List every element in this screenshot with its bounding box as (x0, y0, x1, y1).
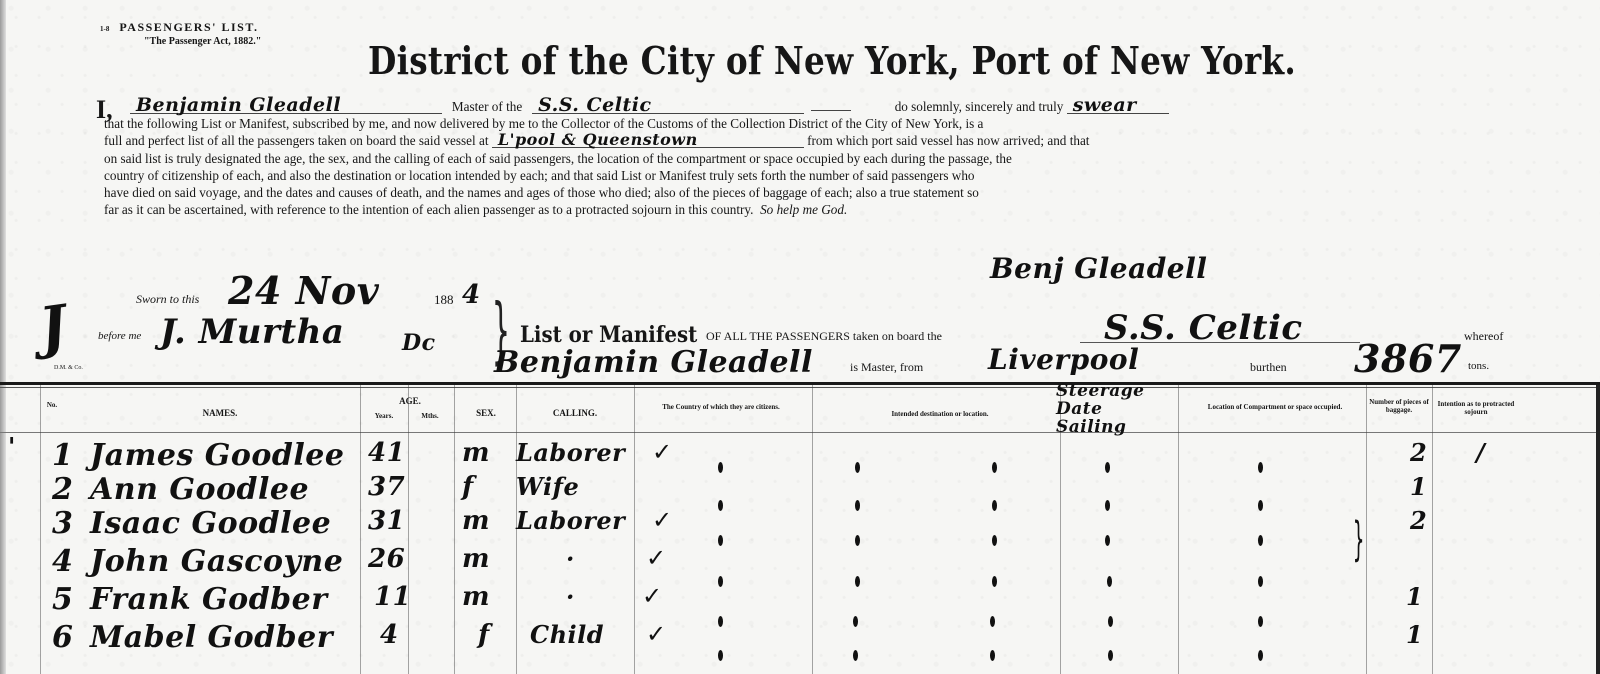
ditto-dot (855, 462, 860, 473)
passenger-age: 11 (374, 582, 411, 612)
ditto-dot (1108, 650, 1113, 661)
form-heading: 1-8PASSENGERS' LIST. (100, 20, 258, 35)
form-number: 1-8 (100, 25, 109, 33)
passenger-name: John Gascoyne (90, 544, 343, 579)
ditto-dot (1258, 500, 1263, 511)
header-compartment: Location of Compartment or space occupie… (1190, 403, 1360, 411)
header-age-months: Mths. (408, 412, 452, 420)
ditto-dot (853, 650, 858, 661)
oath-text: Benjamin Gleadell Master of the S.S. Cel… (104, 98, 1504, 218)
passenger-sex: m (462, 544, 490, 574)
passenger-age: 37 (368, 472, 405, 502)
header-names: NAMES. (160, 408, 280, 418)
check-mark: ✓ (646, 620, 667, 648)
passenger-name: Mabel Godber (90, 620, 333, 655)
passenger-name: Frank Godber (90, 582, 328, 617)
row-number: 1 (52, 438, 73, 473)
ditto-dot (990, 650, 995, 661)
baggage-count: 2 (1410, 506, 1427, 535)
passenger-sex: f (478, 620, 490, 650)
passenger-name: James Goodlee (90, 438, 344, 473)
header-calling: CALLING. (520, 408, 630, 418)
ditto-dot (1258, 535, 1263, 546)
ditto-dot (1258, 462, 1263, 473)
row-number: 5 (52, 582, 73, 617)
oath-line5: country of citizenship of each, and also… (104, 167, 1504, 184)
ditto-dot (992, 500, 997, 511)
table-row: 2 Ann Goodlee 37 f Wife 1 (0, 472, 1600, 510)
ditto-dot (718, 535, 723, 546)
manifest-whereof: whereof (1464, 329, 1503, 344)
burthen-label: burthen (1250, 360, 1287, 375)
header-age-years: Years. (362, 412, 406, 420)
tons-label: tons. (1468, 360, 1489, 372)
ditto-dot (1108, 616, 1113, 627)
printer-code: D.M. & Co. (54, 365, 83, 371)
ditto-dot (992, 535, 997, 546)
oath-closing: So help me God. (760, 202, 847, 217)
oath-master-name: Benjamin Gleadell (130, 98, 442, 114)
sworn-date: 24 Nov (228, 268, 379, 313)
ditto-dot (992, 576, 997, 587)
baggage-count: 1 (1406, 582, 1423, 611)
oath-affirm: swear (1067, 98, 1169, 114)
check-mark: ✓ (642, 582, 663, 610)
table-top-rule-thin (0, 387, 1600, 388)
ditto-dot (718, 462, 723, 473)
oath-vessel: S.S. Celtic (532, 98, 804, 114)
ditto-dot (1105, 500, 1110, 511)
oath-line6: have died on said voyage, and the dates … (104, 184, 1504, 201)
notary-suffix: Dc (402, 330, 435, 356)
table-row: 5 Frank Godber 11 m · ✓ 1 (0, 582, 1600, 620)
master-signature: Benj Gleadell (990, 252, 1207, 285)
header-sex: SEX. (458, 408, 514, 418)
table-top-rule (0, 382, 1600, 385)
oath-line7: far as it can be ascertained, with refer… (104, 202, 753, 217)
form-act: "The Passenger Act, 1882." (144, 36, 261, 47)
oath-line4: on said list is truly designated the age… (104, 150, 1504, 167)
check-mark: ✓ (646, 544, 667, 572)
tonnage-value: 3867 (1354, 336, 1462, 381)
manifest-page: 1-8PASSENGERS' LIST. "The Passenger Act,… (0, 0, 1600, 674)
oath-line3a: full and perfect list of all the passeng… (104, 133, 489, 148)
ditto-dot (718, 616, 723, 627)
oath-line3b: from which port said vessel has now arri… (807, 133, 1089, 148)
ditto-dot (1105, 462, 1110, 473)
table-row: 1 James Goodlee 41 m Laborer ✓ 2 / (0, 438, 1600, 476)
header-baggage: Number of pieces of baggage. (1368, 398, 1430, 414)
passenger-sex: m (462, 582, 490, 612)
grouping-bracket-icon: } (1353, 512, 1365, 566)
sworn-label: Sworn to this (136, 292, 199, 307)
ditto-dot (1105, 535, 1110, 546)
passenger-name: Isaac Goodlee (90, 506, 331, 541)
baggage-count: 1 (1410, 472, 1427, 501)
header-bottom-rule (0, 432, 1600, 433)
sworn-year-prefix: 188 (434, 292, 454, 308)
passenger-calling: Child (530, 620, 604, 649)
manifest-master: Benjamin Gleadell (494, 345, 813, 380)
header-destination: Intended destination or location. (830, 410, 1050, 418)
passenger-calling: · (566, 582, 575, 611)
oath-ports: L'pool & Queenstown (492, 132, 804, 148)
row-number: 3 (52, 506, 73, 541)
passenger-calling: Wife (516, 472, 579, 501)
passenger-calling: Laborer (516, 506, 625, 535)
passenger-calling: · (566, 544, 575, 573)
check-mark: ✓ (652, 438, 673, 466)
manifest-is-master: is Master, from (850, 360, 923, 375)
ditto-dot (1258, 576, 1263, 587)
ditto-dot (1258, 616, 1263, 627)
ditto-dot (718, 500, 723, 511)
before-label: before me (98, 330, 141, 342)
header-sojourn: Intention as to protracted sojourn (1436, 400, 1516, 416)
form-heading-text: PASSENGERS' LIST. (119, 20, 258, 34)
passenger-sex: m (462, 438, 490, 468)
passenger-age: 41 (368, 438, 405, 468)
passenger-sex: f (462, 472, 474, 502)
header-age: AGE. (380, 396, 440, 406)
sworn-year-digit: 4 (462, 280, 481, 310)
ditto-dot (855, 576, 860, 587)
check-mark: ✓ (652, 506, 673, 534)
passenger-name: Ann Goodlee (90, 472, 309, 507)
ditto-dot (855, 500, 860, 511)
ditto-dot (1258, 650, 1263, 661)
ditto-dot (990, 616, 995, 627)
row-number: 4 (52, 544, 73, 579)
oath-master-of: Master of the (452, 99, 522, 114)
row-number: 6 (52, 620, 73, 655)
header-handwritten: Steerage Date Sailing (1056, 382, 1176, 436)
manifest-of-all: OF ALL THE PASSENGERS taken on board the (706, 329, 942, 344)
oath-line1: do solemnly, sincerely and truly (895, 99, 1064, 114)
sojourn-mark: / (1476, 438, 1485, 467)
ditto-dot (718, 576, 723, 587)
header-no: No. (42, 400, 62, 410)
ditto-dot (853, 616, 858, 627)
row-number: 2 (52, 472, 73, 507)
passenger-age: 26 (368, 544, 405, 574)
oath-line2: that the following List or Manifest, sub… (104, 115, 1504, 132)
manifest-from-port: Liverpool (988, 343, 1139, 376)
passenger-age: 31 (368, 506, 405, 536)
ditto-dot (992, 462, 997, 473)
baggage-count: 2 (1410, 438, 1427, 467)
passenger-sex: m (462, 506, 490, 536)
passenger-age: 4 (380, 620, 399, 650)
ditto-dot (718, 650, 723, 661)
passenger-calling: Laborer (516, 438, 625, 467)
ditto-dot (1107, 576, 1112, 587)
baggage-count: 1 (1406, 620, 1423, 649)
notary-signature: J. Murtha (160, 312, 344, 352)
page-title: District of the City of New York, Port o… (368, 38, 1296, 83)
header-country: The Country of which they are citizens. (646, 403, 796, 411)
table-row: 6 Mabel Godber 4 f Child ✓ 1 (0, 620, 1600, 658)
ditto-dot (855, 535, 860, 546)
margin-mark: J (36, 292, 72, 361)
